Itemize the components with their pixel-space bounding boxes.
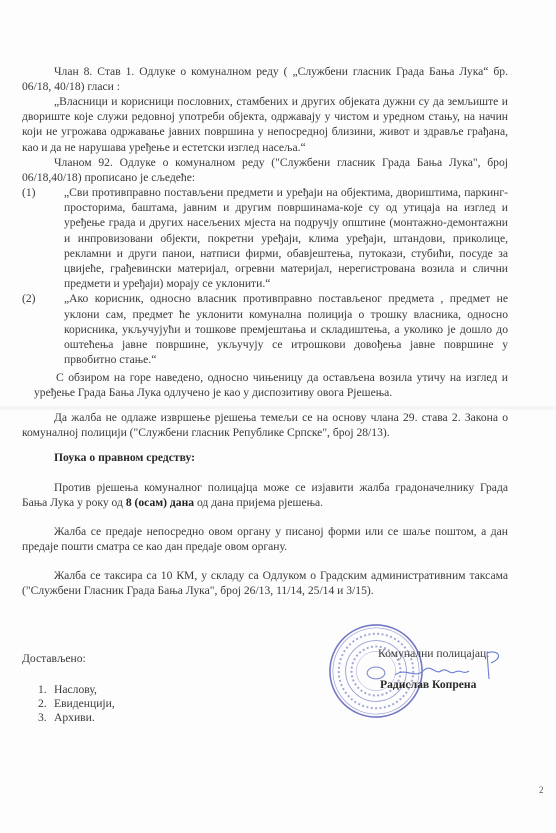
provision-text: „Ако корисник, односно власник противпра… xyxy=(64,292,508,366)
paragraph-appeal-basis: Да жалба не одлаже извршење рјешења теме… xyxy=(22,410,508,440)
legal-remedy-heading: Поука о правном средству: xyxy=(54,451,195,464)
paragraph-article-92: Чланом 92. Одлуке о комуналном реду ("Сл… xyxy=(22,155,508,185)
delivered-item: 2.Евиденцији, xyxy=(38,697,115,711)
paragraph-quote-article-8: „Власници и корисници пословних, стамбен… xyxy=(22,94,508,155)
provision-item: (2) „Ако корисник, односно власник проти… xyxy=(22,291,508,367)
delivered-label: Достављено: xyxy=(22,652,86,665)
provision-number: (2) xyxy=(22,291,36,306)
delivered-list: 1.Наслову, 2.Евиденцији, 3.Архиви. xyxy=(38,683,115,725)
provision-list: (1) „Сви противправно постављени предмет… xyxy=(22,185,508,367)
appeal-text-end: од дана пријема рјешења. xyxy=(194,496,323,509)
handwritten-signature-icon xyxy=(385,645,510,685)
paragraph-conclusion: С обзиром на горе наведено, односно чиње… xyxy=(34,370,508,400)
delivered-item: 1.Наслову, xyxy=(38,683,115,697)
appeal-deadline: 8 (осам) дана xyxy=(126,496,194,509)
document-page: Члан 8. Став 1. Одлуке о комуналном реду… xyxy=(0,0,556,833)
paragraph-appeal-right: Против рјешења комуналног полицајца може… xyxy=(22,480,508,510)
paragraph-article-8: Члан 8. Став 1. Одлуке о комуналном реду… xyxy=(22,64,508,94)
delivered-item: 3.Архиви. xyxy=(38,711,115,725)
page-number: 2 xyxy=(539,785,544,795)
provision-item: (1) „Сви противправно постављени предмет… xyxy=(22,185,508,291)
provision-text: „Сви противправно постављени предмети и … xyxy=(64,186,508,290)
paragraph-appeal-submission: Жалба се предаје непосредно овом органу … xyxy=(22,524,508,554)
provision-number: (1) xyxy=(22,185,36,200)
paragraph-appeal-fee: Жалба се таксира са 10 КМ, у складу са О… xyxy=(22,568,508,598)
